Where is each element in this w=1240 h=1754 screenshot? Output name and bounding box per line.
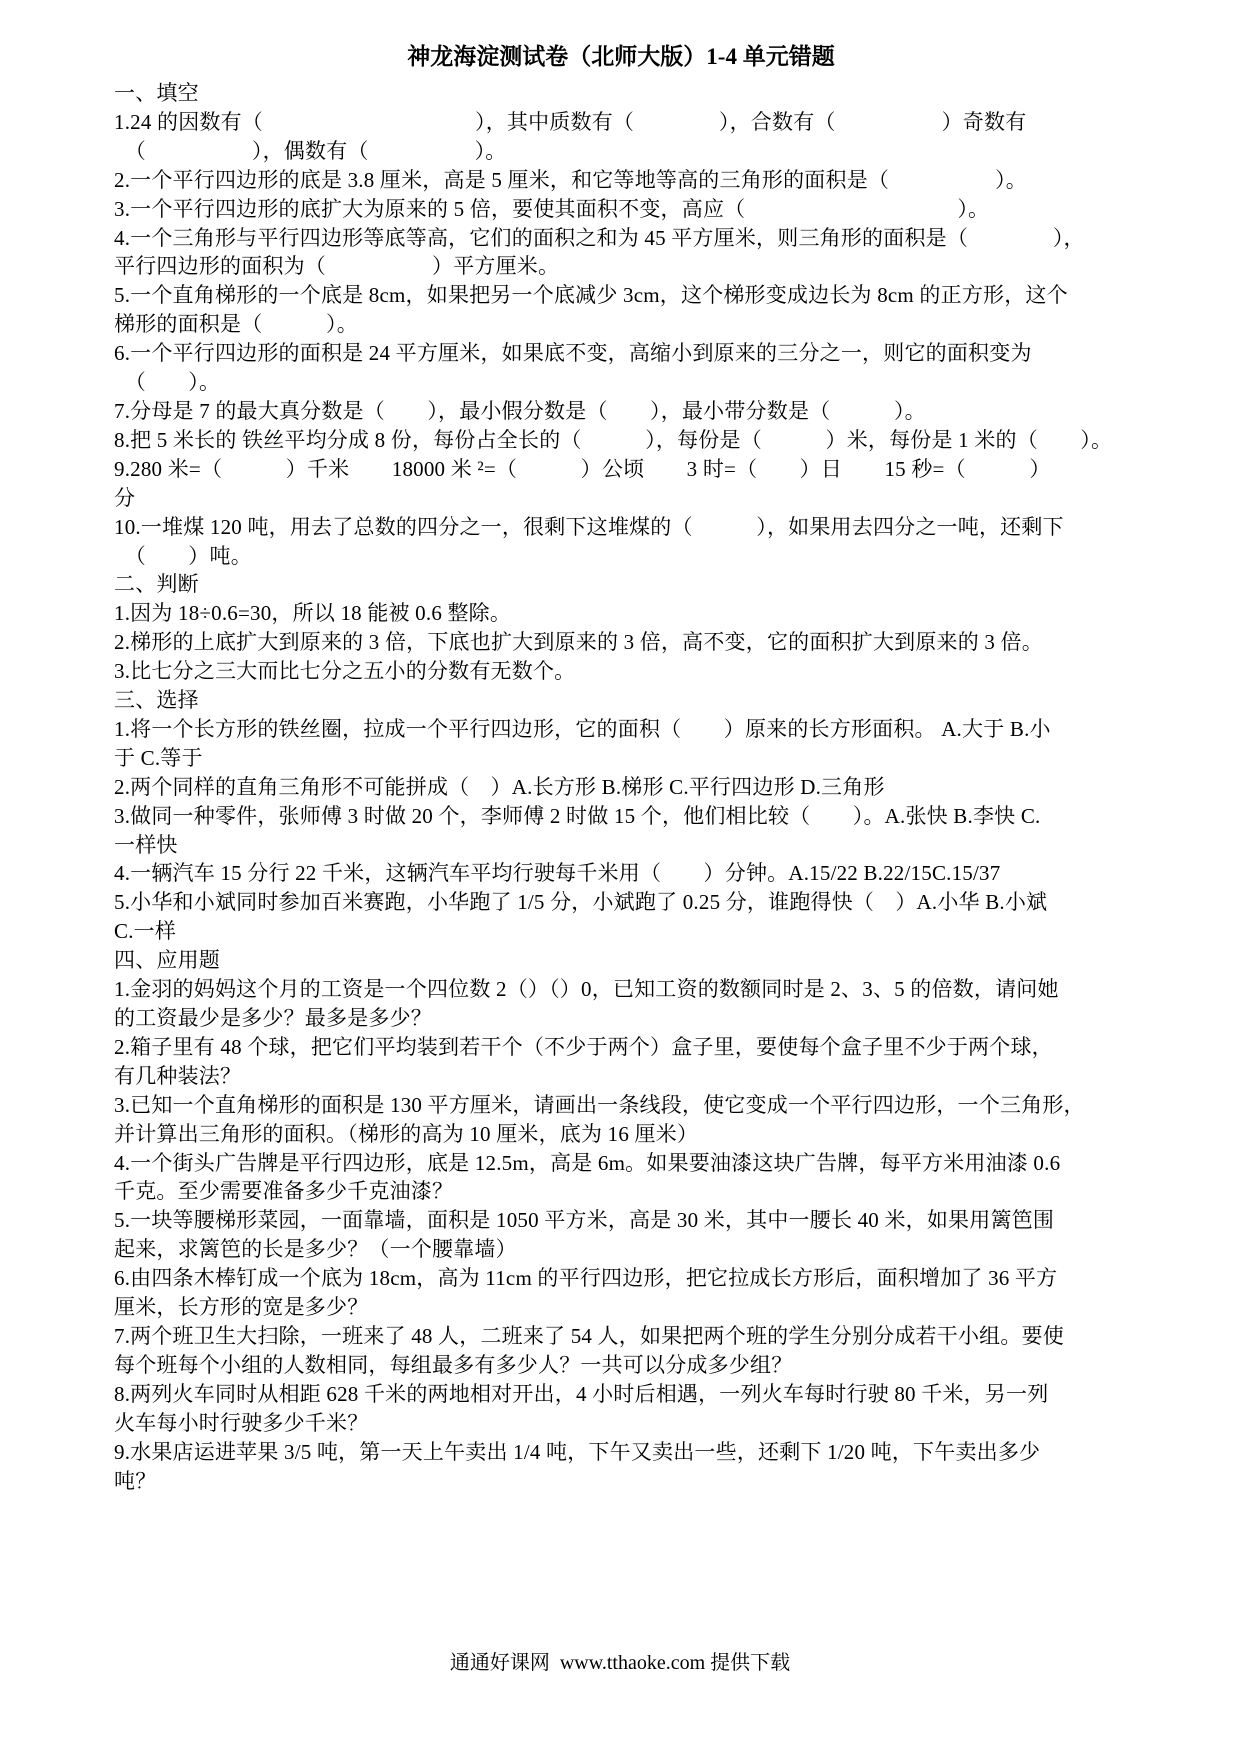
text-line: （ ）吨。 bbox=[114, 542, 1128, 571]
section-heading: 一、填空 bbox=[114, 79, 1128, 108]
text-line: 5.一个直角梯形的一个底是 8cm，如果把另一个底减少 3cm，这个梯形变成边长… bbox=[114, 281, 1128, 310]
text-line: 8.两列火车同时从相距 628 千米的两地相对开出，4 小时后相遇，一列火车每时… bbox=[114, 1380, 1128, 1409]
document-body: 一、填空1.24 的因数有（ ），其中质数有（ ），合数有（ ）奇数有 （ ），… bbox=[114, 79, 1128, 1495]
text-line: C.一样 bbox=[114, 917, 1128, 946]
text-line: 千克。至少需要准备多少千克油漆？ bbox=[114, 1177, 1128, 1206]
text-line: 7.分母是 7 的最大真分数是（ ），最小假分数是（ ），最小带分数是（ ）。 bbox=[114, 397, 1128, 426]
text-line: 起来，求篱笆的长是多少？（一个腰靠墙） bbox=[114, 1235, 1128, 1264]
text-line: 4.一个三角形与平行四边形等底等高，它们的面积之和为 45 平方厘米，则三角形的… bbox=[114, 224, 1128, 253]
test-paper-page: 神龙海淀测试卷（北师大版）1-4 单元错题 一、填空1.24 的因数有（ ），其… bbox=[0, 0, 1240, 1754]
text-line: 平行四边形的面积为（ ）平方厘米。 bbox=[114, 252, 1128, 281]
text-line: 的工资最少是多少？最多是多少？ bbox=[114, 1004, 1128, 1033]
section-heading: 三、选择 bbox=[114, 686, 1128, 715]
text-line: 4.一辆汽车 15 分行 22 千米，这辆汽车平均行驶每千米用（ ）分钟。A.1… bbox=[114, 859, 1128, 888]
text-line: 1.将一个长方形的铁丝圈，拉成一个平行四边形，它的面积（ ）原来的长方形面积。 … bbox=[114, 715, 1128, 744]
text-line: 有几种装法？ bbox=[114, 1062, 1128, 1091]
section-heading: 四、应用题 bbox=[114, 946, 1128, 975]
text-line: 2.梯形的上底扩大到原来的 3 倍，下底也扩大到原来的 3 倍，高不变，它的面积… bbox=[114, 628, 1128, 657]
text-line: 8.把 5 米长的 铁丝平均分成 8 份，每份占全长的（ ），每份是（ ）米，每… bbox=[114, 426, 1128, 455]
text-line: 3.比七分之三大而比七分之五小的分数有无数个。 bbox=[114, 657, 1128, 686]
text-line: 4.一个街头广告牌是平行四边形，底是 12.5m，高是 6m。如果要油漆这块广告… bbox=[114, 1149, 1128, 1178]
text-line: 梯形的面积是（ ）。 bbox=[114, 310, 1128, 339]
text-line: 1.金羽的妈妈这个月的工资是一个四位数 2（）（）0，已知工资的数额同时是 2、… bbox=[114, 975, 1128, 1004]
text-line: 火车每小时行驶多少千米？ bbox=[114, 1409, 1128, 1438]
text-line: 吨？ bbox=[114, 1467, 1128, 1496]
footer-download-credit: 通通好课网 www.tthaoke.com 提供下载 bbox=[0, 1650, 1240, 1676]
section-heading: 二、判断 bbox=[114, 570, 1128, 599]
text-line: （ ），偶数有（ ）。 bbox=[114, 137, 1128, 166]
text-line: 1.因为 18÷0.6=30，所以 18 能被 0.6 整除。 bbox=[114, 599, 1128, 628]
text-line: 分 bbox=[114, 484, 1128, 513]
text-line: （ ）。 bbox=[114, 368, 1128, 397]
text-line: 9.280 米=（ ）千米 18000 米 ²=（ ）公顷 3 时=（ ）日 1… bbox=[114, 455, 1128, 484]
text-line: 1.24 的因数有（ ），其中质数有（ ），合数有（ ）奇数有 bbox=[114, 108, 1128, 137]
text-line: 6.一个平行四边形的面积是 24 平方厘米，如果底不变，高缩小到原来的三分之一，… bbox=[114, 339, 1128, 368]
text-line: 10.一堆煤 120 吨，用去了总数的四分之一，很剩下这堆煤的（ ），如果用去四… bbox=[114, 513, 1128, 542]
text-line: 5.小华和小斌同时参加百米赛跑，小华跑了 1/5 分，小斌跑了 0.25 分，谁… bbox=[114, 888, 1128, 917]
text-line: 7.两个班卫生大扫除，一班来了 48 人，二班来了 54 人，如果把两个班的学生… bbox=[114, 1322, 1128, 1351]
text-line: 3.已知一个直角梯形的面积是 130 平方厘米，请画出一条线段，使它变成一个平行… bbox=[114, 1091, 1128, 1120]
text-line: 6.由四条木棒钉成一个底为 18cm，高为 11cm 的平行四边形，把它拉成长方… bbox=[114, 1264, 1128, 1293]
text-line: 3.一个平行四边形的底扩大为原来的 5 倍，要使其面积不变，高应（ ）。 bbox=[114, 195, 1128, 224]
text-line: 9.水果店运进苹果 3/5 吨，第一天上午卖出 1/4 吨，下午又卖出一些，还剩… bbox=[114, 1438, 1128, 1467]
text-line: 一样快 bbox=[114, 831, 1128, 860]
text-line: 厘米，长方形的宽是多少？ bbox=[114, 1293, 1128, 1322]
text-line: 2.两个同样的直角三角形不可能拼成（ ）A.长方形 B.梯形 C.平行四边形 D… bbox=[114, 773, 1128, 802]
text-line: 2.箱子里有 48 个球，把它们平均装到若干个（不少于两个）盒子里，要使每个盒子… bbox=[114, 1033, 1128, 1062]
text-line: 5.一块等腰梯形菜园，一面靠墙，面积是 1050 平方米，高是 30 米，其中一… bbox=[114, 1206, 1128, 1235]
text-line: 并计算出三角形的面积。（梯形的高为 10 厘米，底为 16 厘米） bbox=[114, 1120, 1128, 1149]
page-title: 神龙海淀测试卷（北师大版）1-4 单元错题 bbox=[114, 42, 1128, 72]
text-line: 3.做同一种零件，张师傅 3 时做 20 个，李师傅 2 时做 15 个，他们相… bbox=[114, 802, 1128, 831]
text-line: 每个班每个小组的人数相同，每组最多有多少人？一共可以分成多少组？ bbox=[114, 1351, 1128, 1380]
text-line: 于 C.等于 bbox=[114, 744, 1128, 773]
text-line: 2.一个平行四边形的底是 3.8 厘米，高是 5 厘米，和它等地等高的三角形的面… bbox=[114, 166, 1128, 195]
